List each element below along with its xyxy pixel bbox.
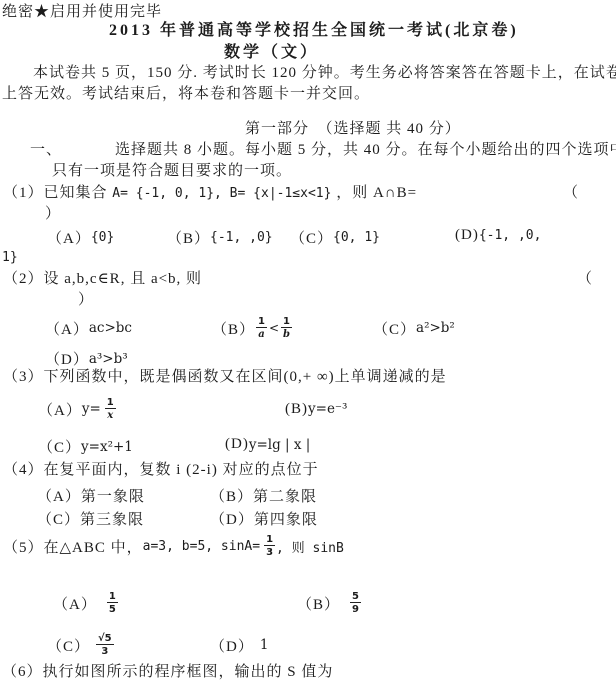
option-3a-label: （A） xyxy=(38,399,82,420)
question-2-answer-paren-open: （ xyxy=(577,270,593,290)
option-2a-label: （A） xyxy=(45,318,89,339)
option-4d: （D）第四象限 xyxy=(210,508,318,529)
fraction-1-over-x: 1x xyxy=(105,397,116,422)
notice-line-1: 本试卷共 5 页，150 分. 考试时长 120 分钟。考生务必将答案答在答题卡… xyxy=(33,64,616,84)
paper-subtitle: 数学（文） xyxy=(224,43,319,64)
option-2d-text: a³>b³ xyxy=(89,351,128,367)
option-5d: （D）1 xyxy=(210,628,268,662)
option-4c-text: 第三象限 xyxy=(80,508,144,529)
option-4d-text: 第四象限 xyxy=(254,508,318,529)
question-3-options-row1: （A） y= 1x (B)y=e⁻³ xyxy=(0,394,616,424)
question-6-stem-text: 执行如图所示的程序框图，输出的 S 值为 xyxy=(43,664,334,680)
question-1-stem-cn: 已知集合 xyxy=(44,185,113,201)
question-1-stem: （1）已知集合 A= {-1, 0, 1}, B= {x|-1≤x<1} ，则 … xyxy=(0,184,616,206)
less-than-sign: < xyxy=(269,321,279,335)
option-3a-prefix: y= xyxy=(82,401,101,417)
question-1-stem-math: A= {-1, 0, 1}, B= {x|-1≤x<1} xyxy=(112,186,331,201)
question-5-stem-cn: 在△ABC 中， xyxy=(44,536,143,557)
option-4c-label: （C） xyxy=(37,508,80,529)
option-2d-label: （D） xyxy=(45,348,89,369)
list-marker: 一、 xyxy=(30,141,62,161)
option-1c: （C）{0, 1} xyxy=(290,227,380,248)
option-2d: （D）a³>b³ xyxy=(45,348,128,369)
option-4b-label: （B） xyxy=(210,485,253,506)
question-4-number: （4） xyxy=(3,462,44,478)
option-2c-text: a²>b² xyxy=(416,320,455,336)
question-6-number: （6） xyxy=(2,664,43,680)
question-3-options-row2: （C）y=x²+1 (D)y=lg | x | xyxy=(0,436,616,458)
question-2-answer-paren-close: ） xyxy=(78,291,94,311)
option-5c-label: （C） xyxy=(47,635,90,656)
option-1d: (D){-1, ,0, xyxy=(455,227,541,244)
fraction-sqrt5-over-3: √53 xyxy=(96,633,114,658)
option-1a: （A）{0} xyxy=(47,227,114,248)
option-2c: （C）a²>b² xyxy=(373,313,455,343)
fraction-denominator: 3 xyxy=(266,546,273,559)
question-1-answer-paren-close: ） xyxy=(45,205,61,225)
fraction-denominator: 5 xyxy=(109,603,116,616)
question-5-text: （5）在△ABC 中，a=3, b=5, sinA= 13 , 则 sinB xyxy=(3,531,344,561)
option-3d-text: y=lg | x | xyxy=(249,437,310,453)
exam-paper-page: 绝密★启用并使用完毕 2013 年普通高等学校招生全国统一考试(北京卷) 数学（… xyxy=(0,0,616,695)
option-4a-label: （A） xyxy=(37,485,81,506)
option-3b: (B)y=e⁻³ xyxy=(285,394,347,424)
option-4c: （C）第三象限 xyxy=(37,508,144,529)
option-2b-label: （B） xyxy=(212,318,255,339)
question-4-options-row1: （A）第一象限 （B）第二象限 xyxy=(0,485,616,507)
option-1a-label: （A） xyxy=(47,227,91,248)
option-2a-text: ac>bc xyxy=(89,320,132,336)
fraction-denominator: 3 xyxy=(101,645,108,658)
question-1-number: （1） xyxy=(3,185,44,201)
directions-line-1: 一、 选择题共 8 小题。每小题 5 分，共 40 分。在每个小题给出的四个选项… xyxy=(0,141,616,163)
section-heading: 第一部分 （选择题 共 40 分） xyxy=(245,120,461,140)
question-2-number: （2） xyxy=(3,271,44,287)
question-4-stem: （4）在复平面内，复数 i (2-i) 对应的点位于 xyxy=(3,461,319,481)
option-3c-label: （C） xyxy=(38,436,81,457)
fraction-denominator: a xyxy=(258,328,264,341)
question-4-options-row2: （C）第三象限 （D）第四象限 xyxy=(0,508,616,530)
directions-text-2: 只有一项是符合题目要求的一项。 xyxy=(52,162,292,182)
fraction-numerator: √5 xyxy=(96,633,114,646)
question-6-stem: （6）执行如图所示的程序框图，输出的 S 值为 xyxy=(2,663,333,683)
option-1c-text: {0, 1} xyxy=(333,230,380,245)
option-5a-label: （A） xyxy=(53,593,97,614)
fraction-5-over-9: 59 xyxy=(350,591,361,616)
option-1b: （B）{-1, ,0} xyxy=(167,227,273,248)
option-3c: （C）y=x²+1 xyxy=(38,436,133,457)
fraction-denominator: b xyxy=(283,328,290,341)
question-1-text: （1）已知集合 A= {-1, 0, 1}, B= {x|-1≤x<1} ，则 … xyxy=(3,184,417,204)
option-1d-wrap: 1} xyxy=(2,250,18,267)
option-4b-text: 第二象限 xyxy=(253,485,317,506)
option-5c: （C）√53 xyxy=(47,628,115,662)
option-5b: （B）59 xyxy=(297,586,362,620)
question-5-stem-tail: , 则 sinB xyxy=(276,537,344,556)
fraction-numerator: 1 xyxy=(264,534,275,547)
fraction-numerator: 1 xyxy=(105,397,116,410)
option-3a: （A） y= 1x xyxy=(38,394,117,424)
fraction-numerator: 1 xyxy=(107,591,118,604)
question-2-stem: （2）设 a,b,c∈R, 且 a<b, 则 （ xyxy=(0,270,616,292)
question-3-stem: （3）下列函数中，既是偶函数又在区间(0,+ ∞)上单调递减的是 xyxy=(3,368,447,388)
option-1a-text: {0} xyxy=(91,230,114,245)
option-3b-label: (B) xyxy=(285,401,308,418)
option-3d: (D)y=lg | x | xyxy=(225,436,310,453)
question-5-options-row2: （C）√53 （D）1 xyxy=(0,628,616,662)
option-1d-text: {-1, ,0, xyxy=(479,228,542,243)
fraction-numerator: 5 xyxy=(350,591,361,604)
paper-title: 2013 年普通高等学校招生全国统一考试(北京卷) xyxy=(109,21,519,42)
option-3b-text: y=e⁻³ xyxy=(308,401,347,417)
notice-line-2: 上答无效。考试结束后，将本卷和答题卡一并交回。 xyxy=(2,85,370,105)
option-5a: （A）15 xyxy=(53,586,119,620)
question-1-stem-tail: ，则 A∩B= xyxy=(331,185,417,201)
option-4b: （B）第二象限 xyxy=(210,485,317,506)
question-5-number: （5） xyxy=(3,536,44,557)
option-4a: （A）第一象限 xyxy=(37,485,145,506)
option-3d-label: (D) xyxy=(225,436,249,453)
option-1b-text: {-1, ,0} xyxy=(210,230,273,245)
option-4a-text: 第一象限 xyxy=(81,485,145,506)
option-1d-label: (D) xyxy=(455,227,479,244)
fraction-numerator: 1 xyxy=(256,316,267,329)
question-2-options-row2: （D）a³>b³ xyxy=(0,348,616,370)
question-3-number: （3） xyxy=(3,369,44,385)
fraction-numerator: 1 xyxy=(281,316,292,329)
option-2b: （B） 1a < 1b xyxy=(212,313,293,343)
option-1b-label: （B） xyxy=(167,227,210,248)
option-3c-text: y=x²+1 xyxy=(81,439,133,455)
fraction-1-over-a: 1a xyxy=(256,316,267,341)
option-5b-label: （B） xyxy=(297,593,340,614)
question-3-stem-text: 下列函数中，既是偶函数又在区间(0,+ ∞)上单调递减的是 xyxy=(44,369,447,385)
question-2-options-row1: （A）ac>bc （B） 1a < 1b （C）a²>b² xyxy=(0,313,616,343)
classification-banner: 绝密★启用并使用完毕 xyxy=(2,3,162,23)
option-1c-label: （C） xyxy=(290,227,333,248)
question-5-stem-math: a=3, b=5, sinA= xyxy=(143,539,260,554)
question-5-stem: （5）在△ABC 中，a=3, b=5, sinA= 13 , 则 sinB xyxy=(0,531,616,561)
question-2-stem-text: 设 a,b,c∈R, 且 a<b, 则 xyxy=(44,271,203,287)
question-2-text: （2）设 a,b,c∈R, 且 a<b, 则 xyxy=(3,270,202,290)
fraction-1-over-b: 1b xyxy=(281,316,292,341)
option-2c-label: （C） xyxy=(373,318,416,339)
directions-text-1: 选择题共 8 小题。每小题 5 分，共 40 分。在每个小题给出的四个选项中， xyxy=(115,141,616,161)
question-1-options: （A）{0} （B）{-1, ,0} （C）{0, 1} (D){-1, ,0, xyxy=(0,227,616,249)
fraction-denominator: x xyxy=(107,409,113,422)
option-4d-label: （D） xyxy=(210,508,254,529)
question-4-stem-text: 在复平面内，复数 i (2-i) 对应的点位于 xyxy=(44,462,319,478)
option-5d-text: 1 xyxy=(260,637,269,653)
fraction-denominator: 9 xyxy=(352,603,359,616)
question-5-options-row1: （A）15 （B）59 xyxy=(0,586,616,620)
option-2a: （A）ac>bc xyxy=(45,313,132,343)
option-5d-label: （D） xyxy=(210,635,254,656)
question-1-answer-paren-open: （ xyxy=(563,184,579,204)
fraction-1-over-3: 13 xyxy=(264,534,275,559)
fraction-1-over-5: 15 xyxy=(107,591,118,616)
